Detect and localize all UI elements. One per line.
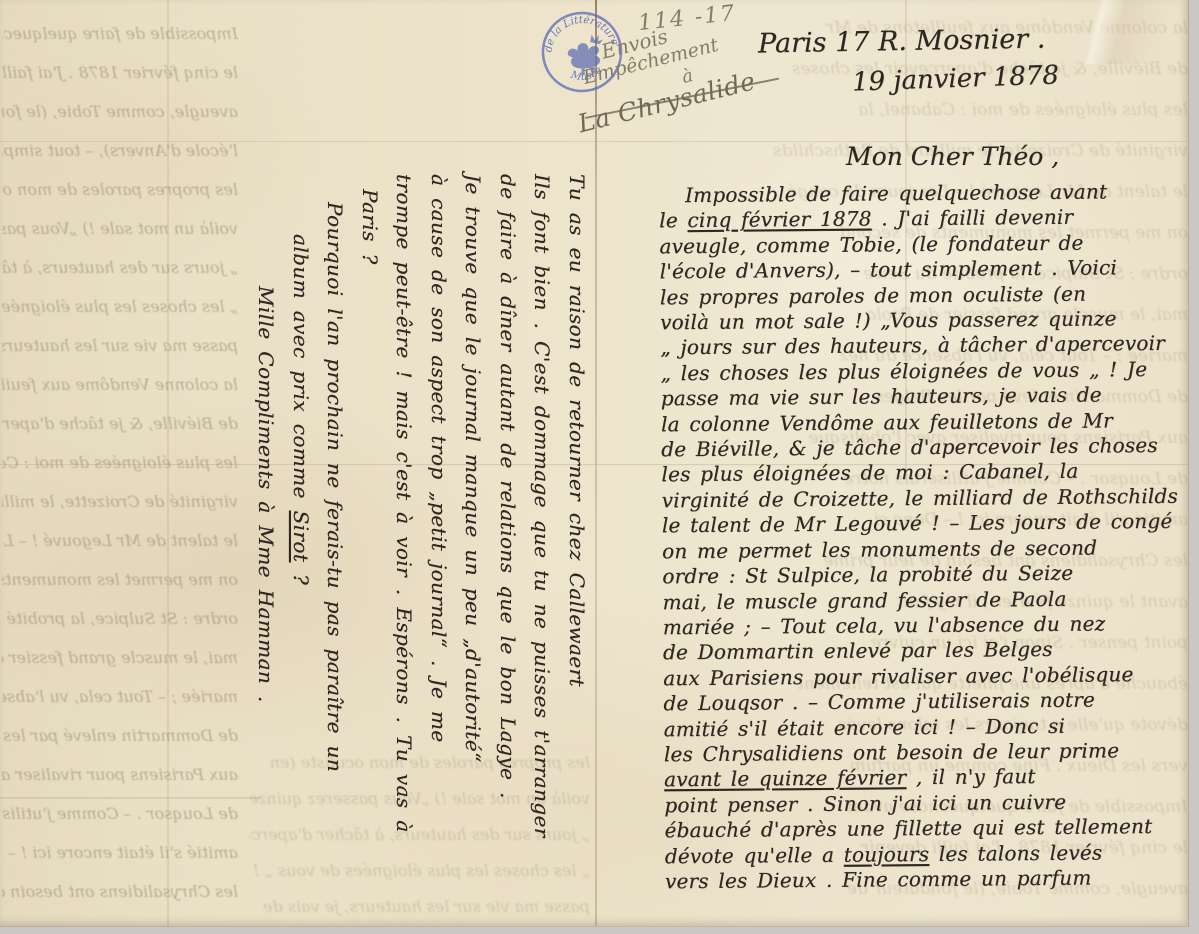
bleedthrough-line: „ jours sur des hauteurs, à tâcher d'ape… bbox=[2, 248, 238, 287]
letter-body: Impossible de faire quelquechose avantle… bbox=[659, 179, 1193, 895]
manuscript-text: cinq février 1878 bbox=[687, 207, 871, 233]
manuscript-text: voilà un mot sale !) „Vous passerez quin… bbox=[660, 306, 1117, 334]
bleedthrough-line: mai, le muscle grand fessier de Paola bbox=[14, 638, 238, 677]
manuscript-text: de Louqsor . – Comme j'utiliserais notre bbox=[663, 688, 1095, 716]
bleedthrough-line: passe ma vie sur les hauteurs, je vais d… bbox=[26, 326, 238, 365]
manuscript-text: Impossible de faire quelquechose avant bbox=[685, 179, 1107, 207]
manuscript-line: Tu as eu raison de retourner chez Callew… bbox=[560, 174, 595, 924]
bleedthrough-line: amitié s'il était encore ici ! – Donc si bbox=[2, 833, 238, 872]
bleedthrough-line: mariée ; – Tout cela, vu l'absence du ne… bbox=[26, 677, 238, 716]
manuscript-line: le talent de Mr Legouvé ! – Les jours de… bbox=[662, 509, 1190, 539]
manuscript-line: trompe peut-être ! mais c'est à voir . E… bbox=[387, 174, 422, 924]
manuscript-text: les talons levés bbox=[929, 840, 1102, 866]
manuscript-text: Paris ? bbox=[358, 189, 382, 265]
manuscript-text: . J'ai failli devenir bbox=[872, 205, 1074, 231]
manuscript-text: ébauché d'après une fillette qui est tel… bbox=[664, 814, 1152, 842]
manuscript-text: Pourquoi l'an prochain ne ferais-tu pas … bbox=[324, 202, 348, 772]
manuscript-text: , il n'y faut bbox=[906, 764, 1036, 789]
manuscript-text: Tu as eu raison de retourner chez Callew… bbox=[565, 174, 589, 687]
manuscript-text: mariée ; – Tout cela, vu l'absence du ne… bbox=[663, 611, 1106, 639]
manuscript-text: les propres paroles de mon oculiste (en bbox=[660, 281, 1086, 309]
manuscript-text: album avec prix comme bbox=[289, 234, 313, 511]
manuscript-line: les Chrysalidiens ont besoin de leur pri… bbox=[664, 738, 1192, 768]
manuscript-line: de faire à dîner autant de relations que… bbox=[491, 174, 526, 924]
bleedthrough-line: „ les choses les plus éloignées de vous … bbox=[14, 287, 238, 326]
manuscript-text: ? bbox=[289, 562, 313, 585]
manuscript-text: „ jours sur des hauteurs, à tâcher d'ape… bbox=[660, 331, 1165, 359]
manuscript-line: l'école d'Anvers), – tout simplement . V… bbox=[660, 255, 1188, 285]
bleedthrough-line: virginité de Croizette, le milliard de R… bbox=[2, 482, 238, 521]
manuscript-text: Sirot bbox=[289, 511, 313, 563]
scanned-letter-page: { "palette":{ "paper":"#ece2c9", "ink":"… bbox=[0, 0, 1199, 934]
manuscript-text: on me permet les monuments de second bbox=[662, 535, 1097, 563]
manuscript-text: le bbox=[659, 208, 687, 232]
bleedthrough-line: la colonne Vendôme aux feuilletons de Mr bbox=[2, 365, 238, 404]
manuscript-text: la colonne Vendôme aux feuilletons de Mr bbox=[661, 408, 1113, 436]
bleedthrough-line: le cinq février 1878 . J'ai failli deven… bbox=[14, 53, 238, 92]
manuscript-text: aveugle, comme Tobie, (le fondateur de bbox=[659, 230, 1083, 258]
bleedthrough-line: les Chrysalidiens ont besoin de leur pri… bbox=[14, 872, 238, 911]
manuscript-text: à cause de son aspect trop „petit journa… bbox=[427, 174, 451, 743]
bleedthrough-line: ordre : St Sulpice, la probité du Seize bbox=[2, 599, 238, 638]
manuscript-line: aux Parisiens pour rivaliser avec l'obél… bbox=[663, 661, 1191, 691]
manuscript-text: dévote qu'elle a bbox=[665, 842, 844, 868]
letter-address: Paris 17 R. Mosnier . bbox=[758, 23, 1046, 59]
manuscript-line: Pourquoi l'an prochain ne ferais-tu pas … bbox=[318, 202, 353, 924]
manuscript-text: trompe peut-être ! mais c'est à voir . E… bbox=[393, 174, 417, 833]
manuscript-line: „ les choses les plus éloignées de vous … bbox=[660, 357, 1188, 387]
manuscript-text: point penser . Sinon j'ai ici un cuivre bbox=[664, 790, 1066, 818]
letter-salutation: Mon Cher Théo , bbox=[846, 142, 1059, 171]
manuscript-line: album avec prix comme Sirot ? bbox=[284, 234, 319, 924]
bleedthrough-line: voilà un mot sale !) „Vous passerez quin… bbox=[26, 209, 238, 248]
bleedthrough-line: les propres paroles de mon oculiste (en bbox=[14, 170, 238, 209]
manuscript-line: à cause de son aspect trop „petit journa… bbox=[422, 174, 457, 924]
manuscript-text: les Chrysalidiens ont besoin de leur pri… bbox=[664, 738, 1119, 766]
manuscript-text: virginité de Croizette, le milliard de R… bbox=[662, 484, 1178, 513]
bleedthrough-line: de Louqsor . – Comme j'utiliserais notre bbox=[26, 794, 238, 833]
manuscript-text: toujours bbox=[844, 842, 930, 867]
manuscript-line: Paris ? bbox=[353, 189, 388, 924]
manuscript-text: le talent de Mr Legouvé ! – Les jours de… bbox=[662, 509, 1173, 537]
bleedthrough-left-strip: Impossible de faire quelquechose avantle… bbox=[2, 14, 238, 914]
manuscript-text: Ils font bien . C'est dommage que tu ne … bbox=[531, 174, 555, 838]
manuscript-line: ébauché d'après une fillette qui est tel… bbox=[664, 814, 1192, 844]
manuscript-text: amitié s'il était encore ici ! – Donc si bbox=[664, 713, 1066, 741]
manuscript-text: Mille Compliments à Mme Hamman . bbox=[255, 286, 279, 703]
manuscript-text: de Dommartin enlevé par les Belges bbox=[663, 637, 1053, 664]
bleedthrough-line: de Dommartin enlevé par les Belges bbox=[2, 716, 238, 755]
manuscript-line: Ils font bien . C'est dommage que tu ne … bbox=[525, 174, 560, 924]
manuscript-text: mai, le muscle grand fessier de Paola bbox=[662, 586, 1066, 614]
letter-paper: Impossible de faire quelquechose avantle… bbox=[0, 0, 1189, 927]
bleedthrough-line: aux Parisiens pour rivaliser avec l'obél… bbox=[14, 755, 238, 794]
manuscript-line: Je trouve que le journal manque un peu „… bbox=[456, 174, 491, 924]
manuscript-text: passe ma vie sur les hauteurs, je vais d… bbox=[661, 383, 1102, 411]
bleedthrough-line: aveugle, comme Tobie, (le fondateur de bbox=[26, 92, 238, 131]
manuscript-text: „ les choses les plus éloignées de vous … bbox=[660, 357, 1147, 385]
manuscript-text: de faire à dîner autant de relations que… bbox=[496, 174, 520, 799]
manuscript-text: de Biéville, & je tâche d'apercevoir les… bbox=[661, 433, 1158, 461]
bleedthrough-line: le talent de Mr Legouvé ! – Les jours de… bbox=[14, 521, 238, 560]
manuscript-text: aux Parisiens pour rivaliser avec l'obél… bbox=[663, 662, 1133, 690]
manuscript-text: vers les Dieux . Fine comme un parfum bbox=[665, 866, 1092, 894]
bleedthrough-line: Impossible de faire quelquechose avant bbox=[2, 14, 238, 53]
bleedthrough-line: on me permet les monuments de second bbox=[26, 560, 238, 599]
manuscript-line: de Biéville, & je tâche d'apercevoir les… bbox=[661, 433, 1189, 463]
bleedthrough-line: l'école d'Anvers), – tout simplement . V… bbox=[2, 131, 238, 170]
manuscript-line: Mille Compliments à Mme Hamman . bbox=[249, 286, 284, 924]
manuscript-text: l'école d'Anvers), – tout simplement . V… bbox=[660, 256, 1117, 284]
bleedthrough-line: les plus éloignées de moi : Cabanel, la bbox=[26, 443, 238, 482]
manuscript-text: avant le quinze février bbox=[664, 766, 906, 792]
manuscript-text: les plus éloignées de moi : Cabanel, la bbox=[661, 459, 1078, 487]
manuscript-line: vers les Dieux . Fine comme un parfum bbox=[665, 865, 1193, 895]
letter-left-page-rotated-text: Tu as eu raison de retourner chez Callew… bbox=[246, 174, 594, 924]
manuscript-text: ordre : St Sulpice, la probité du Seize bbox=[662, 561, 1073, 589]
manuscript-text: Je trouve que le journal manque un peu „… bbox=[462, 174, 486, 763]
bleedthrough-line: de Biéville, & je tâche d'apercevoir les… bbox=[14, 404, 238, 443]
